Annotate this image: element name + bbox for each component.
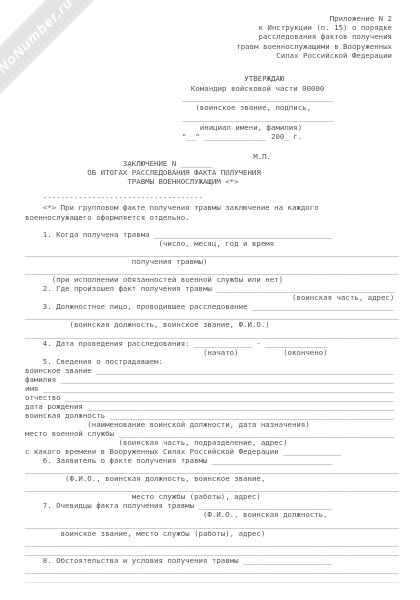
form-line: (Ф.И.О., воинская должность, bbox=[25, 510, 399, 519]
form-line: __________________________________ bbox=[182, 93, 333, 103]
form-line: (воинская должность, воинское звание, Ф.… bbox=[25, 320, 399, 329]
form-line: ТРАВМЫ ВОЕННОСЛУЖАЩИМ <*> bbox=[25, 177, 261, 186]
form-line: Командир войсковой части 00000 bbox=[182, 84, 333, 94]
form-line: военнослужащего оформляется отдельно. bbox=[25, 213, 319, 223]
form-line: ________________________________________… bbox=[25, 538, 399, 547]
form-line: 4. Дата проведения расследования: ______… bbox=[25, 339, 399, 348]
form-line: ________________________________________… bbox=[25, 565, 399, 574]
form-line bbox=[182, 142, 333, 152]
form-line: 2. Где произошел факт получения травмы _… bbox=[25, 284, 399, 293]
footnote-block: ------------------------------------ <*>… bbox=[25, 193, 319, 223]
form-line: 6. Заявитель о факте получения травмы __… bbox=[25, 456, 399, 465]
form-line: (число, месяц, год и время bbox=[25, 239, 399, 248]
form-line: ________________________________________… bbox=[25, 266, 399, 275]
approval-block: УТВЕРЖДАЮ Командир войсковой части 00000… bbox=[182, 74, 333, 161]
form-line: место военной службы ___________________… bbox=[25, 429, 399, 438]
form-line: травм военнослужащими в Вооруженных bbox=[236, 42, 392, 51]
form-line: воинское звание ________________________… bbox=[25, 366, 399, 375]
form-line: ________________________________________… bbox=[25, 330, 399, 339]
document-page: NoNumber.ru Приложение N 2к Инструкции (… bbox=[0, 0, 420, 600]
form-line: (наименование воинской должности, дата н… bbox=[25, 420, 399, 429]
form-line: Приложение N 2 bbox=[236, 14, 392, 23]
form-line: (начато) (окончено) bbox=[25, 348, 399, 357]
form-line: 7. Очевидцы факта получения травмы _____… bbox=[25, 501, 399, 510]
form-line: расследования фактов получения bbox=[236, 32, 392, 41]
form-line: ------------------------------------ bbox=[25, 193, 319, 203]
form-line: <*> При групповом факте получения травмы… bbox=[25, 203, 319, 213]
form-line: (Ф.И.О., воинская должность, воинское зв… bbox=[25, 474, 399, 483]
form-line: инициал имени, фамилия) bbox=[182, 123, 333, 133]
form-line: 8. Обстоятельства и условия получения тр… bbox=[25, 556, 399, 565]
form-line: ________________________________________… bbox=[25, 520, 399, 529]
form-body: 1. Когда получена травма _______________… bbox=[25, 230, 399, 583]
form-line: 1. Когда получена травма _______________… bbox=[25, 230, 399, 239]
form-line: ________________________________________… bbox=[25, 311, 399, 320]
form-line: ЗАКЛЮЧЕНИЕ N _______ bbox=[25, 159, 261, 168]
watermark-text: NoNumber.ru bbox=[0, 0, 76, 76]
form-line: ________________________________________… bbox=[25, 483, 399, 492]
form-line: воинская должность _____________________… bbox=[25, 411, 399, 420]
form-line: УТВЕРЖДАЮ bbox=[182, 74, 333, 84]
form-line: отчество _______________________________… bbox=[25, 393, 399, 402]
form-line: 5. Сведения о пострадавшем: bbox=[25, 357, 399, 366]
form-line: воинское звание, место службы (работы), … bbox=[25, 529, 399, 538]
form-line: "__" ______________ 200_ г. bbox=[182, 132, 333, 142]
form-line: (при исполнении обязанностей военной слу… bbox=[25, 275, 399, 284]
form-line: Силах Российской Федерации bbox=[236, 51, 392, 60]
form-line: с какого времени в Вооруженных Силах Рос… bbox=[25, 447, 399, 456]
form-line: (воинское звание, подпись, bbox=[182, 103, 333, 113]
form-line: ________________________________________… bbox=[25, 248, 399, 257]
form-line: к Инструкции (п. 15) о порядке bbox=[236, 23, 392, 32]
form-line: ________________________________________… bbox=[25, 547, 399, 556]
appendix-header: Приложение N 2к Инструкции (п. 15) о пор… bbox=[236, 14, 392, 60]
form-line: (воинская часть, подразделение, адрес) bbox=[25, 438, 399, 447]
form-line: (воинская часть, адрес) bbox=[25, 293, 399, 302]
form-line: ________________________________________… bbox=[25, 465, 399, 474]
form-line: ________________________________________… bbox=[25, 574, 399, 583]
form-line: дата рождения __________________________… bbox=[25, 402, 399, 411]
conclusion-title: ЗАКЛЮЧЕНИЕ N _______ ОБ ИТОГАХ РАССЛЕДОВ… bbox=[25, 159, 261, 187]
form-line: __________________________________ bbox=[182, 113, 333, 123]
form-line: получения травмы) bbox=[25, 257, 399, 266]
form-line: 3. Должностное лицо, проводившее расслед… bbox=[25, 302, 399, 311]
form-line: место службы (работы), адрес) bbox=[25, 492, 399, 501]
watermark-ribbon: NoNumber.ru bbox=[0, 0, 118, 118]
form-line: фамилия ________________________________… bbox=[25, 375, 399, 384]
form-line: имя ____________________________________… bbox=[25, 384, 399, 393]
form-line: ОБ ИТОГАХ РАССЛЕДОВАНИЯ ФАКТА ПОЛУЧЕНИЯ bbox=[25, 168, 261, 177]
